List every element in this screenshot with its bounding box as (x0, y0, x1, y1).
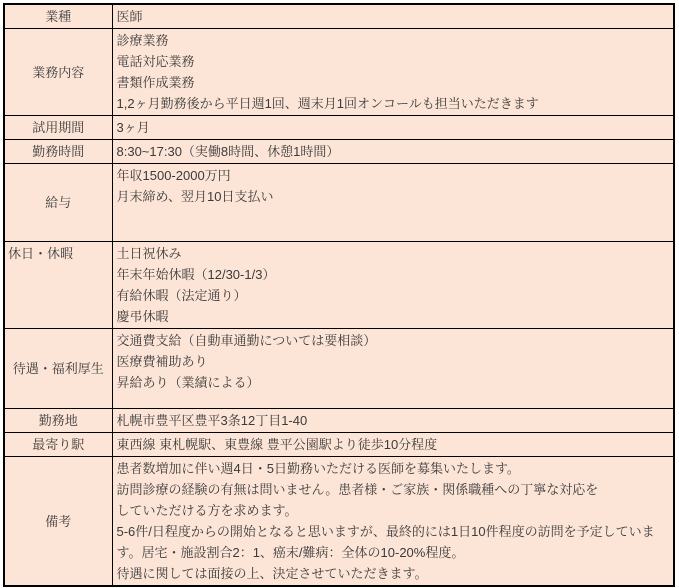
row-label-holidays: 休日・休暇 (4, 242, 112, 329)
row-value-trial-period: 3ヶ月 (112, 116, 674, 140)
row-value-benefits: 交通費支給（自動車通勤については要相談） 医療費補助あり 昇給あり（業績による） (112, 329, 674, 409)
value-line: 5-6件/日程度からの開始となると思いますが、最終的には1日10件程度の訪問を予… (117, 521, 670, 542)
value-line: 8:30~17:30（実働8時間、休憩1時間） (117, 141, 670, 162)
table-row-nearest-station: 最寄り駅 東西線 東札幌駅、東豊線 豊平公園駅より徒歩10分程度 (4, 433, 674, 457)
row-label-benefits: 待遇・福利厚生 (4, 329, 112, 409)
row-label-working-hours: 勤務時間 (4, 140, 112, 164)
job-posting-table: 業種 医師 業務内容 診療業務 電話対応業務 書類作成業務 1,2ヶ月勤務後から… (3, 3, 675, 587)
value-line: 訪問診療の経験の有無は問いません。患者様・ご家族・関係職種への丁寧な対応を (117, 479, 670, 500)
value-line: 年収1500-2000万円 (117, 165, 670, 186)
table-row-work-location: 勤務地 札幌市豊平区豊平3条12丁目1-40 (4, 409, 674, 433)
row-value-job-description: 診療業務 電話対応業務 書類作成業務 1,2ヶ月勤務後から平日週1回、週末月1回… (112, 29, 674, 116)
table-row-trial-period: 試用期間 3ヶ月 (4, 116, 674, 140)
value-line: 慶弔休暇 (117, 306, 670, 327)
row-label-remarks: 備考 (4, 457, 112, 587)
row-value-nearest-station: 東西線 東札幌駅、東豊線 豊平公園駅より徒歩10分程度 (112, 433, 674, 457)
value-line: 診療業務 (117, 30, 670, 51)
table-row-industry: 業種 医師 (4, 4, 674, 29)
value-line: 月末締め、翌月10日支払い (117, 186, 670, 207)
table-row-job-description: 業務内容 診療業務 電話対応業務 書類作成業務 1,2ヶ月勤務後から平日週1回、… (4, 29, 674, 116)
value-line: していただける方を求めます。 (117, 500, 670, 521)
value-line: す。居宅・施設割合2：1、癌末/難病：全体の10-20%程度。 (117, 542, 670, 563)
value-line: 年末年始休暇（12/30-1/3） (117, 264, 670, 285)
value-line: 医師 (117, 6, 670, 27)
table-row-salary: 給与 年収1500-2000万円 月末締め、翌月10日支払い (4, 164, 674, 242)
row-value-remarks: 患者数増加に伴い週4日・5日勤務いただける医師を募集いたします。 訪問診療の経験… (112, 457, 674, 587)
value-line: 土日祝休み (117, 243, 670, 264)
row-value-holidays: 土日祝休み 年末年始休暇（12/30-1/3） 有給休暇（法定通り） 慶弔休暇 (112, 242, 674, 329)
value-line: 医療費補助あり (117, 351, 670, 372)
row-label-salary: 給与 (4, 164, 112, 242)
row-value-salary: 年収1500-2000万円 月末締め、翌月10日支払い (112, 164, 674, 242)
value-line: 待遇に関しては面接の上、決定させていただきます。 (117, 563, 670, 584)
value-line: 電話対応業務 (117, 51, 670, 72)
table-row-working-hours: 勤務時間 8:30~17:30（実働8時間、休憩1時間） (4, 140, 674, 164)
table-row-remarks: 備考 患者数増加に伴い週4日・5日勤務いただける医師を募集いたします。 訪問診療… (4, 457, 674, 587)
value-line: 札幌市豊平区豊平3条12丁目1-40 (117, 410, 670, 431)
value-line: 患者数増加に伴い週4日・5日勤務いただける医師を募集いたします。 (117, 458, 670, 479)
row-label-trial-period: 試用期間 (4, 116, 112, 140)
row-label-nearest-station: 最寄り駅 (4, 433, 112, 457)
value-line: 書類作成業務 (117, 72, 670, 93)
row-value-working-hours: 8:30~17:30（実働8時間、休憩1時間） (112, 140, 674, 164)
value-line: 3ヶ月 (117, 117, 670, 138)
row-value-industry: 医師 (112, 4, 674, 29)
row-label-work-location: 勤務地 (4, 409, 112, 433)
row-label-job-description: 業務内容 (4, 29, 112, 116)
value-line: 東西線 東札幌駅、東豊線 豊平公園駅より徒歩10分程度 (117, 434, 670, 455)
value-line: 1,2ヶ月勤務後から平日週1回、週末月1回オンコールも担当いただきます (117, 93, 670, 114)
value-line: 有給休暇（法定通り） (117, 285, 670, 306)
row-label-industry: 業種 (4, 4, 112, 29)
row-value-work-location: 札幌市豊平区豊平3条12丁目1-40 (112, 409, 674, 433)
value-line: 昇給あり（業績による） (117, 372, 670, 393)
value-line: 交通費支給（自動車通勤については要相談） (117, 330, 670, 351)
table-row-holidays: 休日・休暇 土日祝休み 年末年始休暇（12/30-1/3） 有給休暇（法定通り）… (4, 242, 674, 329)
table-row-benefits: 待遇・福利厚生 交通費支給（自動車通勤については要相談） 医療費補助あり 昇給あ… (4, 329, 674, 409)
